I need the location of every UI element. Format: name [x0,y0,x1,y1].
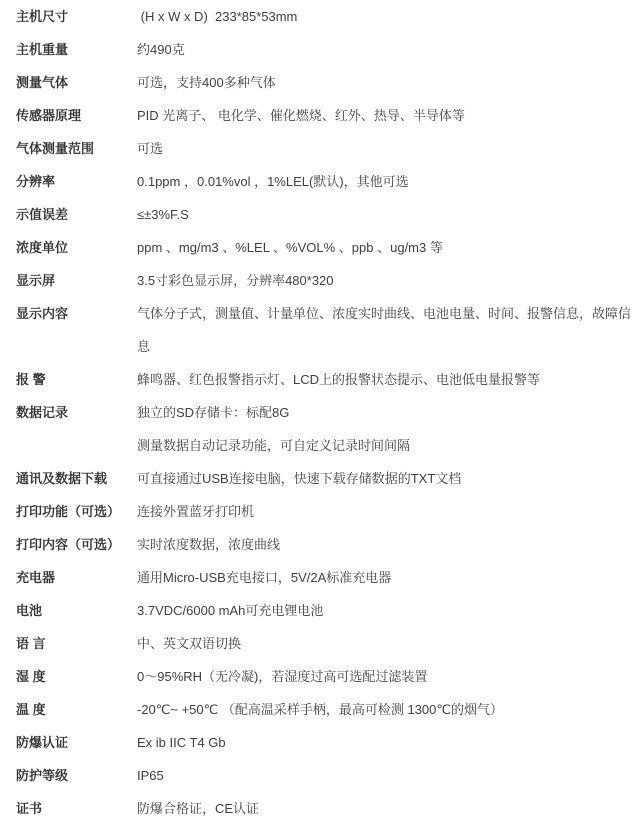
spec-value: 防爆合格证，CE认证 [137,792,633,825]
spec-value-line: 独立的SD存储卡：标配8G [137,396,633,429]
spec-value-line: IP65 [137,759,633,792]
spec-table: 主机尺寸 (H x W x D) 233*85*53mm主机重量约490克测量气… [0,0,643,825]
spec-row: 传感器原理PID 光离子、 电化学、催化燃烧、红外、热导、半导体等 [16,99,633,132]
spec-row: 证书防爆合格证，CE认证 [16,792,633,825]
spec-value: 气体分子式，测量值、计量单位、浓度实时曲线、电池电量、时间、报警信息，故障信息 [137,297,633,363]
spec-label: 浓度单位 [16,231,137,264]
spec-label: 通讯及数据下载 [16,462,137,495]
spec-value-line: PID 光离子、 电化学、催化燃烧、红外、热导、半导体等 [137,99,633,132]
spec-label: 打印内容（可选） [16,528,137,561]
spec-row: 主机重量约490克 [16,33,633,66]
spec-row: 测量气体可选，支持400多种气体 [16,66,633,99]
spec-label: 传感器原理 [16,99,137,132]
spec-label: 证书 [16,792,137,825]
spec-row: 气体测量范围可选 [16,132,633,165]
spec-value: 连接外置蓝牙打印机 [137,495,633,528]
spec-value: 独立的SD存储卡：标配8G测量数据自动记录功能，可自定义记录时间间隔 [137,396,633,462]
spec-row: 防爆认证Ex ib IIC T4 Gb [16,726,633,759]
spec-value-line: 中、英文双语切换 [137,627,633,660]
spec-value-line: 可选 [137,132,633,165]
spec-label: 主机重量 [16,33,137,66]
spec-value-line: 连接外置蓝牙打印机 [137,495,633,528]
spec-value: (H x W x D) 233*85*53mm [137,0,633,33]
spec-value: 通用Micro-USB充电接口，5V/2A标准充电器 [137,561,633,594]
spec-value-line: 0～95%RH（无冷凝)，若湿度过高可选配过滤装置 [137,660,633,693]
spec-label: 防护等级 [16,759,137,792]
spec-value-line: 约490克 [137,33,633,66]
spec-label: 湿 度 [16,660,137,693]
spec-value: ≤±3%F.S [137,198,633,231]
spec-value: 3.5寸彩色显示屏，分辨率480*320 [137,264,633,297]
spec-label: 气体测量范围 [16,132,137,165]
spec-row: 打印功能（可选）连接外置蓝牙打印机 [16,495,633,528]
spec-label: 示值误差 [16,198,137,231]
spec-row: 防护等级IP65 [16,759,633,792]
spec-label: 打印功能（可选） [16,495,137,528]
spec-value: 蜂鸣器、红色报警指示灯、LCD上的报警状态提示、电池低电量报警等 [137,363,633,396]
spec-row: 电池3.7VDC/6000 mAh可充电锂电池 [16,594,633,627]
spec-value-line: (H x W x D) 233*85*53mm [137,0,633,33]
spec-value-line: 实时浓度数据，浓度曲线 [137,528,633,561]
spec-value: IP65 [137,759,633,792]
spec-value-line: 通用Micro-USB充电接口，5V/2A标准充电器 [137,561,633,594]
spec-value-line: 气体分子式，测量值、计量单位、浓度实时曲线、电池电量、时间、报警信息，故障信息 [137,297,633,363]
spec-value: 中、英文双语切换 [137,627,633,660]
spec-value: ppm 、mg/m3 、%LEL 、%VOL% 、ppb 、ug/m3 等 [137,231,633,264]
spec-row: 显示屏3.5寸彩色显示屏，分辨率480*320 [16,264,633,297]
spec-label: 数据记录 [16,396,137,429]
spec-value-line: ≤±3%F.S [137,198,633,231]
spec-value-line: -20℃~ +50℃ （配高温采样手柄，最高可检测 1300℃的烟气） [137,693,633,726]
spec-label: 语 言 [16,627,137,660]
spec-label: 主机尺寸 [16,0,137,33]
spec-row: 温 度-20℃~ +50℃ （配高温采样手柄，最高可检测 1300℃的烟气） [16,693,633,726]
spec-label: 报 警 [16,363,137,396]
spec-value: 可选 [137,132,633,165]
spec-value: 0.1ppm ，0.01%vol ，1%LEL(默认)，其他可选 [137,165,633,198]
spec-value-line: 测量数据自动记录功能，可自定义记录时间间隔 [137,429,633,462]
spec-value-line: 可直接通过USB连接电脑，快速下载存储数据的TXT文档 [137,462,633,495]
spec-sheet-page: 主机尺寸 (H x W x D) 233*85*53mm主机重量约490克测量气… [0,0,643,825]
spec-value: 可直接通过USB连接电脑，快速下载存储数据的TXT文档 [137,462,633,495]
spec-label: 显示内容 [16,297,137,330]
spec-value-line: 防爆合格证，CE认证 [137,792,633,825]
spec-value-line: 3.5寸彩色显示屏，分辨率480*320 [137,264,633,297]
spec-row: 打印内容（可选）实时浓度数据，浓度曲线 [16,528,633,561]
spec-value-line: 可选，支持400多种气体 [137,66,633,99]
spec-row: 通讯及数据下载可直接通过USB连接电脑，快速下载存储数据的TXT文档 [16,462,633,495]
spec-row: 浓度单位ppm 、mg/m3 、%LEL 、%VOL% 、ppb 、ug/m3 … [16,231,633,264]
spec-value-line: 3.7VDC/6000 mAh可充电锂电池 [137,594,633,627]
spec-label: 测量气体 [16,66,137,99]
spec-value: 约490克 [137,33,633,66]
spec-value: 3.7VDC/6000 mAh可充电锂电池 [137,594,633,627]
spec-row: 主机尺寸 (H x W x D) 233*85*53mm [16,0,633,33]
spec-row: 示值误差≤±3%F.S [16,198,633,231]
spec-value-line: ppm 、mg/m3 、%LEL 、%VOL% 、ppb 、ug/m3 等 [137,231,633,264]
spec-value: -20℃~ +50℃ （配高温采样手柄，最高可检测 1300℃的烟气） [137,693,633,726]
spec-value: 实时浓度数据，浓度曲线 [137,528,633,561]
spec-label: 显示屏 [16,264,137,297]
spec-value: PID 光离子、 电化学、催化燃烧、红外、热导、半导体等 [137,99,633,132]
spec-value-line: 0.1ppm ，0.01%vol ，1%LEL(默认)，其他可选 [137,165,633,198]
spec-row: 语 言中、英文双语切换 [16,627,633,660]
spec-value-line: Ex ib IIC T4 Gb [137,726,633,759]
spec-value: 可选，支持400多种气体 [137,66,633,99]
spec-value: Ex ib IIC T4 Gb [137,726,633,759]
spec-label: 温 度 [16,693,137,726]
spec-value-line: 蜂鸣器、红色报警指示灯、LCD上的报警状态提示、电池低电量报警等 [137,363,633,396]
spec-row: 显示内容气体分子式，测量值、计量单位、浓度实时曲线、电池电量、时间、报警信息，故… [16,297,633,363]
spec-label: 电池 [16,594,137,627]
spec-label: 分辨率 [16,165,137,198]
spec-row: 数据记录独立的SD存储卡：标配8G测量数据自动记录功能，可自定义记录时间间隔 [16,396,633,462]
spec-label: 防爆认证 [16,726,137,759]
spec-row: 湿 度0～95%RH（无冷凝)，若湿度过高可选配过滤装置 [16,660,633,693]
spec-row: 充电器通用Micro-USB充电接口，5V/2A标准充电器 [16,561,633,594]
spec-row: 分辨率0.1ppm ，0.01%vol ，1%LEL(默认)，其他可选 [16,165,633,198]
spec-value: 0～95%RH（无冷凝)，若湿度过高可选配过滤装置 [137,660,633,693]
spec-row: 报 警蜂鸣器、红色报警指示灯、LCD上的报警状态提示、电池低电量报警等 [16,363,633,396]
spec-label: 充电器 [16,561,137,594]
